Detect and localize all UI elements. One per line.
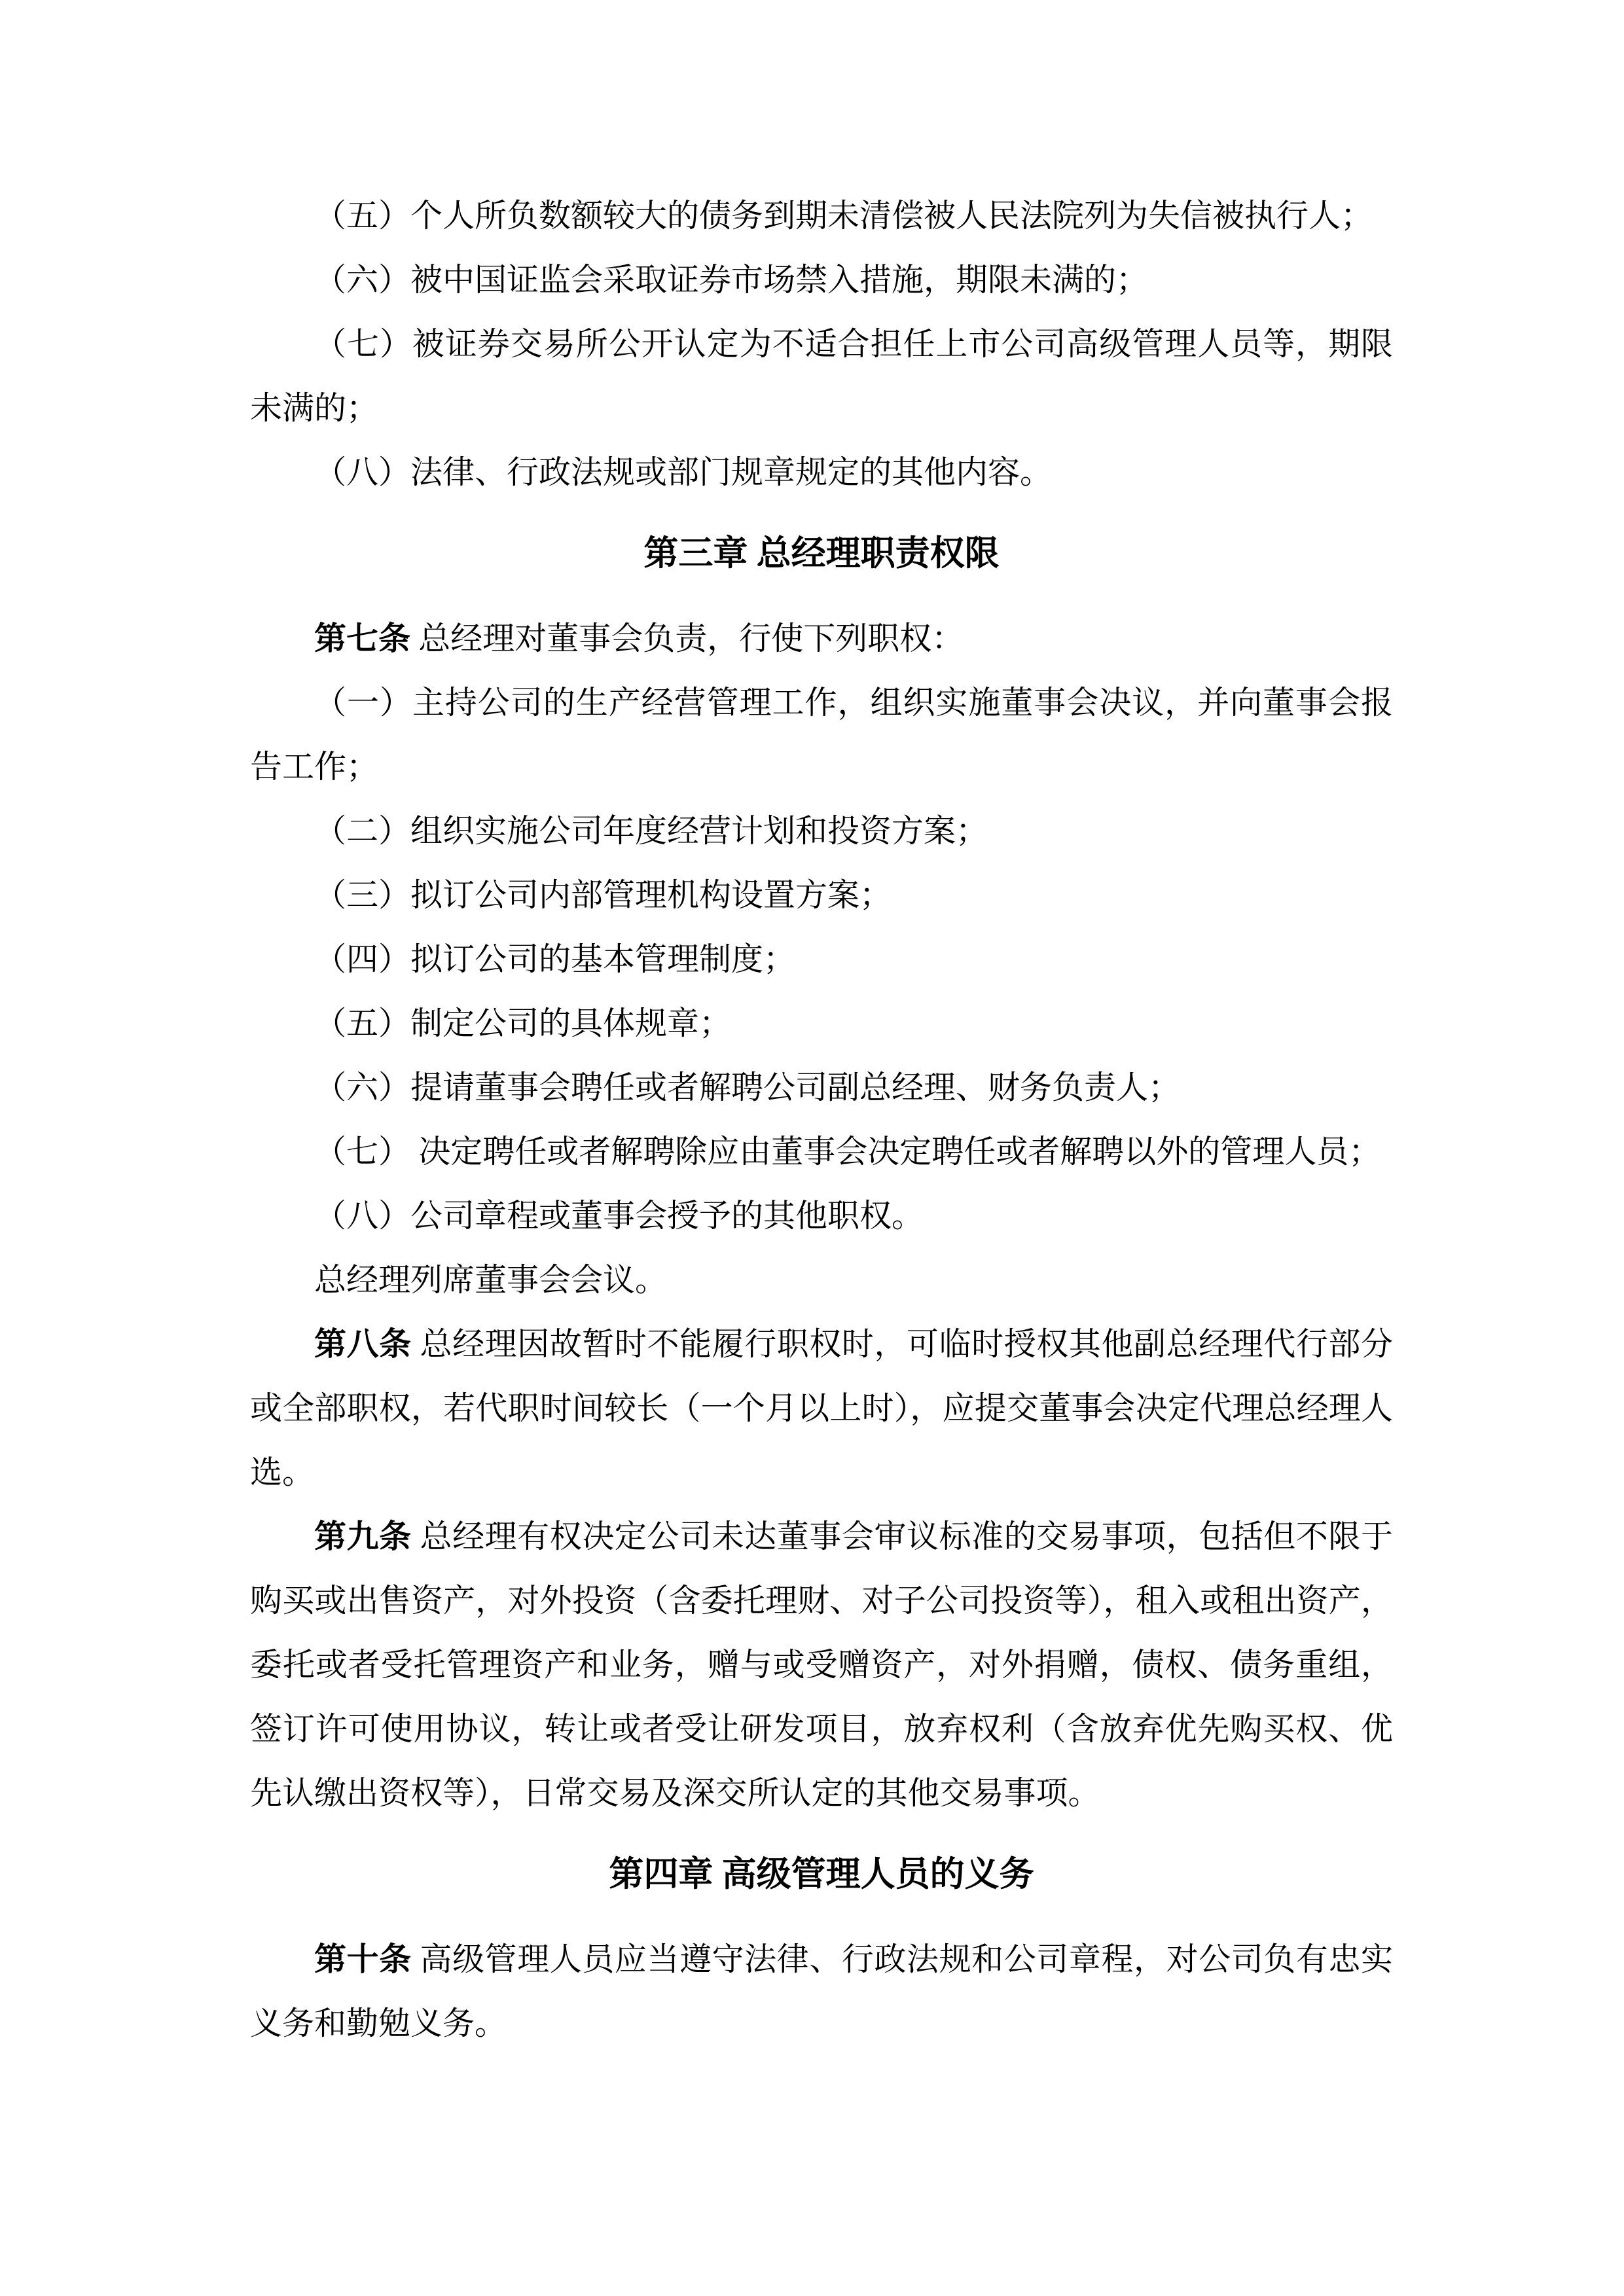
- document-body: （五）个人所负数额较大的债务到期未清偿被人民法院列为失信被执行人；（六）被中国证…: [250, 184, 1393, 2056]
- article-paragraph: 第七条 总经理对董事会负责，行使下列职权：: [250, 607, 1393, 671]
- list-item-paragraph: （六）被中国证监会采取证券市场禁入措施，期限未满的；: [250, 248, 1393, 312]
- list-item-paragraph: （七）被证券交易所公开认定为不适合担任上市公司高级管理人员等，期限未满的；: [250, 312, 1393, 440]
- article-number: 第七条: [314, 620, 410, 656]
- list-item-paragraph: （七） 决定聘任或者解聘除应由董事会决定聘任或者解聘以外的管理人员；: [250, 1120, 1393, 1184]
- list-item-paragraph: （八）公司章程或董事会授予的其他职权。: [250, 1184, 1393, 1248]
- article-text: 总经理有权决定公司未达董事会审议标准的交易事项，包括但不限于购买或出售资产，对外…: [250, 1518, 1393, 1811]
- list-item-paragraph: （八）法律、行政法规或部门规章规定的其他内容。: [250, 440, 1393, 505]
- body-paragraph: 总经理列席董事会会议。: [250, 1248, 1393, 1312]
- list-item-paragraph: （五）个人所负数额较大的债务到期未清偿被人民法院列为失信被执行人；: [250, 184, 1393, 248]
- article-text: 总经理对董事会负责，行使下列职权：: [418, 620, 964, 656]
- list-item-paragraph: （三）拟订公司内部管理机构设置方案；: [250, 863, 1393, 927]
- article-paragraph: 第九条 总经理有权决定公司未达董事会审议标准的交易事项，包括但不限于购买或出售资…: [250, 1505, 1393, 1825]
- article-number: 第九条: [314, 1518, 412, 1554]
- article-text: 高级管理人员应当遵守法律、行政法规和公司章程，对公司负有忠实义务和勤勉义务。: [250, 1941, 1393, 2041]
- chapter-heading: 第三章 总经理职责权限: [250, 522, 1393, 586]
- list-item-paragraph: （四）拟订公司的基本管理制度；: [250, 927, 1393, 992]
- article-text: 总经理因故暂时不能履行职权时，可临时授权其他副总经理代行部分或全部职权，若代职时…: [250, 1326, 1393, 1490]
- document-page: （五）个人所负数额较大的债务到期未清偿被人民法院列为失信被执行人；（六）被中国证…: [0, 0, 1624, 2296]
- list-item-paragraph: （五）制定公司的具体规章；: [250, 992, 1393, 1056]
- list-item-paragraph: （二）组织实施公司年度经营计划和投资方案；: [250, 799, 1393, 863]
- article-paragraph: 第十条 高级管理人员应当遵守法律、行政法规和公司章程，对公司负有忠实义务和勤勉义…: [250, 1928, 1393, 2056]
- list-item-paragraph: （六）提请董事会聘任或者解聘公司副总经理、财务负责人；: [250, 1056, 1393, 1120]
- article-paragraph: 第八条 总经理因故暂时不能履行职权时，可临时授权其他副总经理代行部分或全部职权，…: [250, 1312, 1393, 1505]
- list-item-paragraph: （一）主持公司的生产经营管理工作，组织实施董事会决议，并向董事会报告工作；: [250, 671, 1393, 799]
- chapter-heading: 第四章 高级管理人员的义务: [250, 1842, 1393, 1907]
- article-number: 第十条: [314, 1941, 412, 1977]
- article-number: 第八条: [314, 1326, 412, 1362]
